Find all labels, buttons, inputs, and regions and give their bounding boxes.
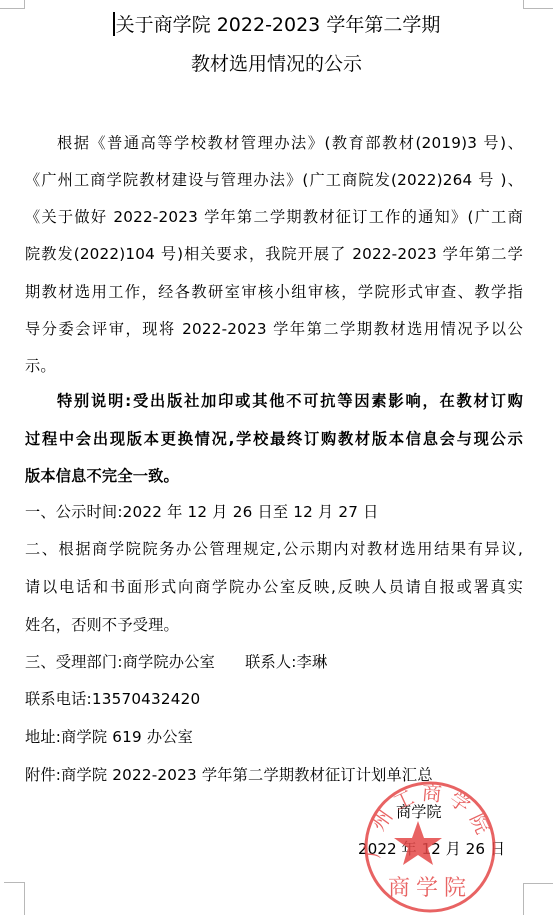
item-objection-rule-cont[interactable]: 请以电话和书面形式向商学院办公室反映,反映人员请自报或署真实 (25, 577, 523, 597)
body-line[interactable]: 期教材选用工作，经各教研室审核小组审核，学院形式审查、教学指 (25, 282, 523, 302)
body-line[interactable]: 《关于做好 2022-2023 学年第二学期教材征订工作的通知》(广工商 (25, 207, 523, 227)
page-corner-mark-bottom-right (523, 883, 553, 915)
title-text-1: 关于商学院 2022-2023 学年第二学期 (116, 14, 441, 36)
item-objection-rule-end[interactable]: 姓名，否则不予受理。 (25, 615, 523, 635)
body-line[interactable]: 《广州工商学院教材建设与管理办法》(广工商院发(2022)264 号 )、 (25, 170, 523, 190)
page-corner-mark-bottom-left (4, 882, 25, 915)
document-title-line-1[interactable]: 关于商学院 2022-2023 学年第二学期 (0, 12, 553, 38)
special-note-line[interactable]: 特别说明:受出版社加印或其他不可抗等因素影响，在教材订购 (57, 391, 523, 411)
text-cursor (113, 12, 115, 36)
special-note-line[interactable]: 版本信息不完全一致。 (25, 466, 523, 486)
signature-date[interactable]: 2022 年 12 月 26 日 (358, 839, 505, 859)
body-line[interactable]: 根据《普通高等学校教材管理办法》(教育部教材(2019)3 号)、 (57, 133, 523, 153)
item-department-contact[interactable]: 三、受理部门:商学院办公室 联系人:李琳 (25, 652, 523, 672)
body-line[interactable]: 示。 (25, 356, 523, 376)
item-attachment[interactable]: 附件:商学院 2022-2023 学年第二学期教材征订计划单汇总 (25, 765, 523, 785)
page-corner-mark-top-right (523, 0, 553, 9)
title-text-2: 教材选用情况的公示 (191, 53, 362, 75)
body-line[interactable]: 导分委会评审，现将 2022-2023 学年第二学期教材选用情况予以公 (25, 319, 523, 339)
special-note-line[interactable]: 过程中会出现版本更换情况,学校最终订购教材版本信息会与现公示 (25, 429, 523, 449)
seal-bottom-text: 商学院 (388, 876, 472, 901)
item-publicity-period[interactable]: 一、公示时间:2022 年 12 月 26 日至 12 月 27 日 (25, 502, 523, 522)
item-address[interactable]: 地址:商学院 619 办公室 (25, 727, 523, 747)
document-title-line-2[interactable]: 教材选用情况的公示 (0, 51, 553, 77)
item-phone[interactable]: 联系电话:13570432420 (25, 689, 523, 709)
body-line[interactable]: 院教发(2022)104 号)相关要求，我院开展了 2022-2023 学年第二… (25, 244, 523, 264)
signature-org[interactable]: 商学院 (396, 802, 442, 822)
page-corner-mark-top-left (0, 0, 25, 9)
item-objection-rule[interactable]: 二、根据商学院院务办公管理规定,公示期内对教材选用结果有异议, (25, 539, 523, 559)
